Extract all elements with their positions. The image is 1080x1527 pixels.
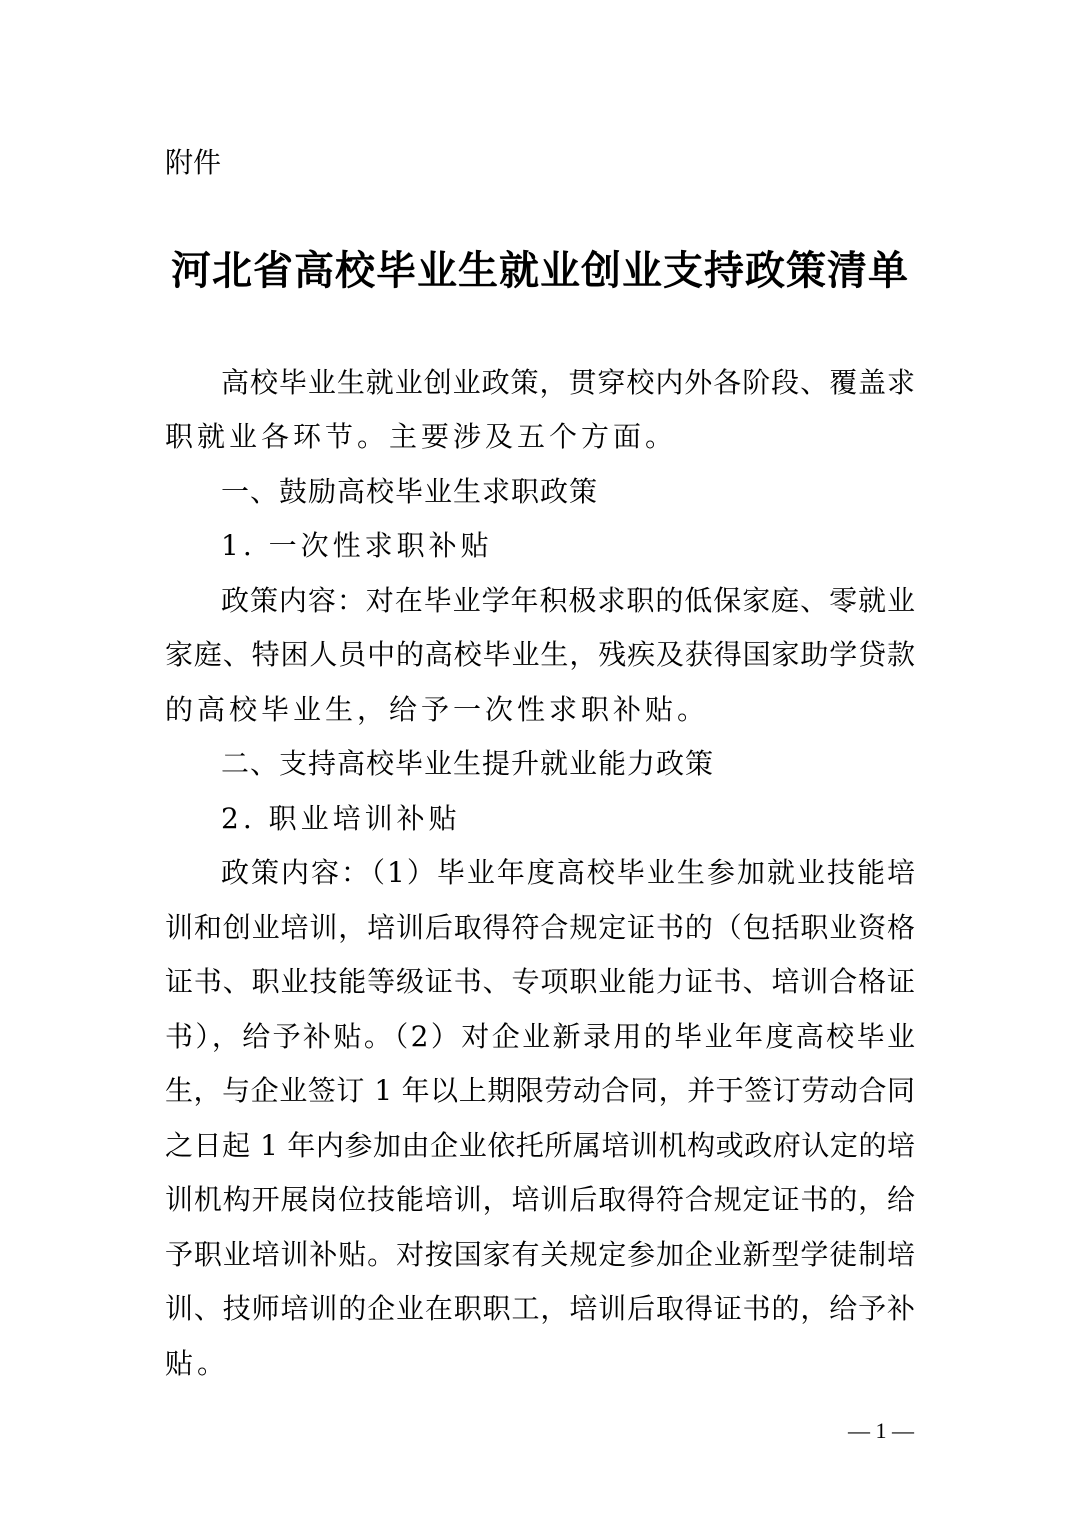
section2-content-line-1: 政策内容：（1）毕业年度高校毕业生参加就业技能培 <box>221 846 915 900</box>
section1-content-line-2: 家庭、特困人员中的高校毕业生，残疾及获得国家助学贷款 <box>165 628 915 682</box>
section2-content-line-4: 书），给予补贴。（2）对企业新录用的毕业年度高校毕业 <box>165 1010 915 1064</box>
section-heading-1: 一、鼓励高校毕业生求职政策 <box>221 465 915 519</box>
section-heading-2: 二、支持高校毕业生提升就业能力政策 <box>221 737 915 791</box>
section2-content-line-2: 训和创业培训，培训后取得符合规定证书的（包括职业资格 <box>165 901 915 955</box>
item-title-1: 1. 一次性求职补贴 <box>221 519 915 573</box>
section2-content-line-7: 训机构开展岗位技能培训，培训后取得符合规定证书的，给 <box>165 1173 915 1227</box>
intro-line-1: 高校毕业生就业创业政策，贯穿校内外各阶段、覆盖求 <box>221 356 915 410</box>
intro-line-2: 职就业各环节。主要涉及五个方面。 <box>165 410 915 464</box>
section2-content-line-6: 之日起 1 年内参加由企业依托所属培训机构或政府认定的培 <box>165 1119 915 1173</box>
section2-content-line-10: 贴。 <box>165 1337 915 1391</box>
document-page: 附件 河北省高校毕业生就业创业支持政策清单 高校毕业生就业创业政策，贯穿校内外各… <box>0 0 1080 1527</box>
section1-content-line-1: 政策内容：对在毕业学年积极求职的低保家庭、零就业 <box>221 574 915 628</box>
document-title: 河北省高校毕业生就业创业支持政策清单 <box>150 240 930 302</box>
section1-content-line-3: 的高校毕业生，给予一次性求职补贴。 <box>165 683 915 737</box>
section2-content-line-3: 证书、职业技能等级证书、专项职业能力证书、培训合格证 <box>165 955 915 1009</box>
item-title-2: 2. 职业培训补贴 <box>221 792 915 846</box>
section2-content-line-5: 生，与企业签订 1 年以上期限劳动合同，并于签订劳动合同 <box>165 1064 915 1118</box>
section2-content-line-9: 训、技师培训的企业在职职工，培训后取得证书的，给予补 <box>165 1282 915 1336</box>
page-number: — 1 — <box>848 1416 914 1446</box>
section2-content-line-8: 予职业培训补贴。对按国家有关规定参加企业新型学徒制培 <box>165 1228 915 1282</box>
attachment-label: 附件 <box>165 138 221 188</box>
